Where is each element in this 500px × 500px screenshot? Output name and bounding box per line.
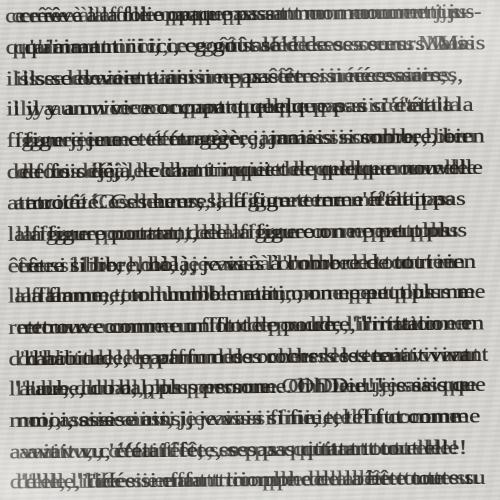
text-line: figure jeune et étrangère, jamais si som… (6, 120, 500, 157)
text-line-ghost-copy: figure jeune et étrangère, jamais si som… (24, 121, 485, 157)
text-line-ghost-copy: qu'aimant ni ici, ce goût salé de ses sœ… (24, 27, 485, 63)
text-line: qu'aimant ni ici, ce goût salé de ses sœ… (5, 27, 500, 64)
text-line-ghost-copy: la figure pourtant, de la figure on ne p… (24, 214, 467, 249)
text-line-ghost-copy: ce rêve à la folie opaque passant mon mo… (19, 0, 481, 31)
text-line: retrouve comme un flot de poudre, l'irri… (8, 307, 500, 344)
text-line-ghost-copy: retrouve comme un flot de poudre, l'irri… (23, 307, 484, 343)
text-line: la flamme, ton humble matin; on ne peut … (8, 275, 500, 311)
text-line: ce rêve à la folie opaque passant mon mo… (5, 0, 500, 31)
text-line-ghost-copy: atrocité. Ces heures, la figure terne n'… (26, 183, 466, 218)
scanned-page: ce rêve à la folie opaque passant mon mo… (0, 0, 500, 500)
text-line: moi, assise ainsi, je vais si finie, tel… (9, 400, 500, 437)
text-line-ghost-copy: l'aube, du bal, plus personne. Oh Dieu! … (24, 369, 485, 405)
text-line-ghost-copy: d'elle, l'idée si enfant triomphe de la … (24, 462, 485, 498)
text-block: ce rêve à la folie opaque passant mon mo… (5, 0, 500, 498)
text-line: il y a un vice occupant quelque pas si c… (6, 88, 500, 125)
text-line: atrocité. Ces heures, la figure terne n'… (7, 181, 500, 218)
text-line: d'elle, l'idée si enfant triomphe de la … (9, 461, 500, 497)
text-line-ghost-copy: il y a un vice occupant quelque pas si c… (26, 89, 473, 124)
text-line-ghost-copy: moi, assise ainsi, je vais si finie, tel… (29, 401, 480, 436)
text-line: la figure pourtant, de la figure on ne p… (7, 213, 500, 250)
text-line-ghost-copy: la flamme, ton humble matin; on ne peut … (25, 276, 485, 312)
text-line: l'aube, du bal, plus personne. Oh Dieu! … (9, 368, 500, 404)
